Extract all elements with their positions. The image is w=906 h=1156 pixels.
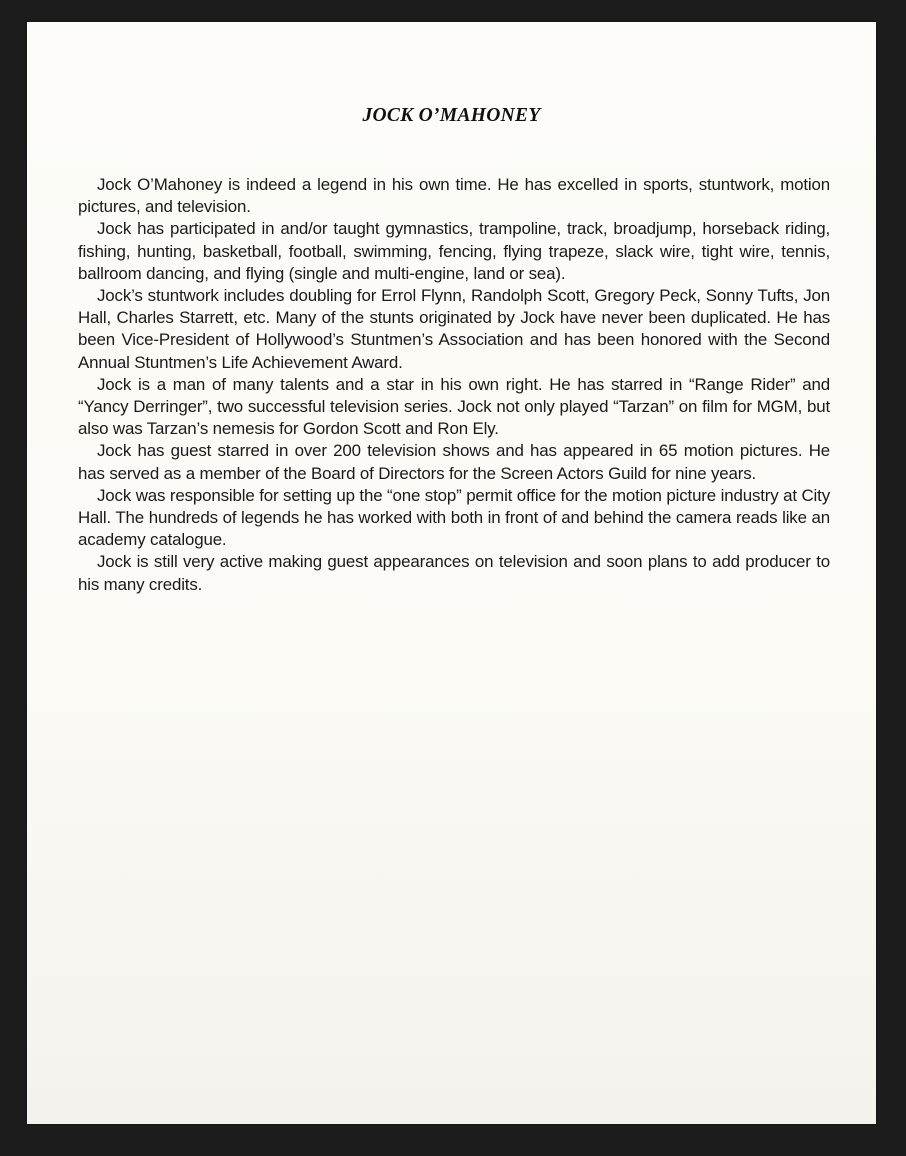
paragraph-intro: Jock O’Mahoney is indeed a legend in his… (78, 174, 830, 218)
document-page: JOCK O’MAHONEY Jock O’Mahoney is indeed … (27, 22, 876, 1124)
paragraph-sports: Jock has participated in and/or taught g… (78, 218, 830, 285)
paragraph-stuntwork: Jock’s stuntwork includes doubling for E… (78, 285, 830, 374)
document-title: JOCK O’MAHONEY (27, 105, 876, 127)
paragraph-permit-office: Jock was responsible for setting up the … (78, 485, 830, 552)
paragraph-future-plans: Jock is still very active making guest a… (78, 551, 830, 595)
paragraph-television-series: Jock is a man of many talents and a star… (78, 374, 830, 441)
paragraph-guest-appearances: Jock has guest starred in over 200 telev… (78, 440, 830, 484)
document-body: Jock O’Mahoney is indeed a legend in his… (78, 174, 830, 596)
